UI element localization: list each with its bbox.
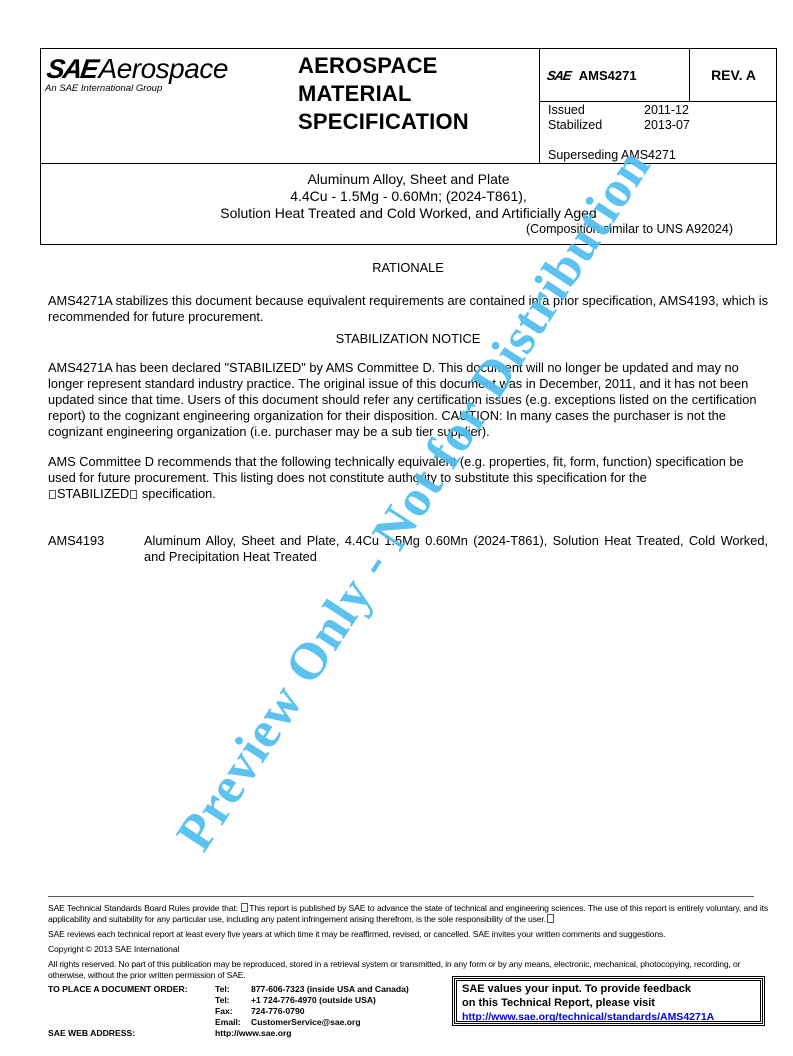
date-value: 2011-12 xyxy=(644,103,689,118)
recommendation-stabilized-word: STABILIZED xyxy=(57,486,129,501)
contact-row: Fax:724-776-0790 xyxy=(215,1006,409,1017)
logo-cell: SAE Aerospace An SAE International Group xyxy=(41,49,297,163)
board-rules-lead: SAE Technical Standards Board Rules prov… xyxy=(48,903,240,913)
doc-type-cell: AEROSPACE MATERIAL SPECIFICATION xyxy=(297,49,539,163)
missing-glyph-icon xyxy=(547,914,554,923)
doc-info-cell: SAE AMS4271 REV. A Issued 2011-12 Stabil… xyxy=(539,49,776,163)
sae-aerospace-logo: SAE Aerospace xyxy=(47,53,228,85)
document-header: SAE Aerospace An SAE International Group… xyxy=(40,48,777,245)
sae-mini-logo: SAE xyxy=(546,68,572,83)
revision-box: REV. A xyxy=(690,49,777,102)
doc-number: AMS4271 xyxy=(579,68,637,83)
doc-type-line: SPECIFICATION xyxy=(298,108,469,136)
recommendation-paragraph: AMS Committee D recommends that the foll… xyxy=(48,454,768,502)
date-label: Stabilized xyxy=(548,118,644,133)
contact-row: Email:CustomerService@sae.org xyxy=(215,1017,409,1028)
contact-label: Tel: xyxy=(215,995,251,1006)
feedback-box: SAE values your input. To provide feedba… xyxy=(452,976,765,1026)
web-address-link[interactable]: http://www.sae.org xyxy=(215,1028,292,1039)
missing-glyph-icon xyxy=(130,490,137,499)
reference-item: AMS4193 Aluminum Alloy, Sheet and Plate,… xyxy=(48,533,768,565)
reference-code: AMS4193 xyxy=(48,533,144,565)
dates-block: Issued 2011-12 Stabilized 2013-07 xyxy=(548,103,690,133)
contact-value: 877-606-7323 (inside USA and Canada) xyxy=(251,984,409,995)
logo-product: Aerospace xyxy=(99,53,228,85)
contact-value: 724-776-0790 xyxy=(251,1006,305,1017)
footer-divider xyxy=(48,896,754,897)
stabilization-heading: STABILIZATION NOTICE xyxy=(48,331,768,347)
contact-row: Tel:877-606-7323 (inside USA and Canada) xyxy=(215,984,409,995)
board-rules-text: SAE Technical Standards Board Rules prov… xyxy=(48,903,768,925)
contact-email[interactable]: CustomerService@sae.org xyxy=(251,1017,361,1028)
feedback-link[interactable]: http://www.sae.org/technical/standards/A… xyxy=(462,1011,714,1023)
feedback-line: on this Technical Report, please visit xyxy=(462,996,755,1010)
logo-tagline: An SAE International Group xyxy=(45,83,162,94)
document-body: RATIONALE AMS4271A stabilizes this docum… xyxy=(48,260,768,565)
date-label: Issued xyxy=(548,103,644,118)
logo-brand: SAE xyxy=(45,54,99,85)
date-row-stabilized: Stabilized 2013-07 xyxy=(548,118,690,133)
recommendation-text: AMS Committee D recommends that the foll… xyxy=(48,454,744,485)
header-top-row: SAE Aerospace An SAE International Group… xyxy=(41,49,776,164)
contact-value: +1 724-776-4970 (outside USA) xyxy=(251,995,376,1006)
missing-glyph-icon xyxy=(241,903,248,912)
contact-row: Tel:+1 724-776-4970 (outside USA) xyxy=(215,995,409,1006)
recommendation-tail: specification. xyxy=(138,486,216,501)
superseding-note: Superseding AMS4271 xyxy=(548,148,676,162)
contact-label: Email: xyxy=(215,1017,251,1028)
footer-legal: SAE Technical Standards Board Rules prov… xyxy=(48,903,768,985)
date-row-issued: Issued 2011-12 xyxy=(548,103,690,118)
subject-line: 4.4Cu - 1.5Mg - 0.60Mn; (2024-T861), xyxy=(41,188,776,205)
order-label: TO PLACE A DOCUMENT ORDER: xyxy=(48,984,188,995)
copyright-text: Copyright © 2013 SAE International xyxy=(48,944,768,955)
subject-line: Aluminum Alloy, Sheet and Plate xyxy=(41,171,776,188)
stabilization-paragraph: AMS4271A has been declared "STABILIZED" … xyxy=(48,360,768,440)
doc-type-line: AEROSPACE xyxy=(298,52,469,80)
subject-row: Aluminum Alloy, Sheet and Plate 4.4Cu - … xyxy=(41,164,776,244)
contact-label: Tel: xyxy=(215,984,251,995)
doc-type-title: AEROSPACE MATERIAL SPECIFICATION xyxy=(298,52,469,136)
document-subject: Aluminum Alloy, Sheet and Plate 4.4Cu - … xyxy=(41,171,776,222)
rationale-heading: RATIONALE xyxy=(48,260,768,276)
reference-description: Aluminum Alloy, Sheet and Plate, 4.4Cu 1… xyxy=(144,533,768,565)
subject-line: Solution Heat Treated and Cold Worked, a… xyxy=(41,205,776,222)
contact-label: Fax: xyxy=(215,1006,251,1017)
web-address-label: SAE WEB ADDRESS: xyxy=(48,1028,135,1039)
doc-number-box: SAE AMS4271 xyxy=(540,49,690,102)
rationale-paragraph: AMS4271A stabilizes this document becaus… xyxy=(48,293,768,325)
review-text: SAE reviews each technical report at lea… xyxy=(48,929,768,940)
feedback-line: SAE values your input. To provide feedba… xyxy=(462,982,755,996)
composition-note: (Composition similar to UNS A92024) xyxy=(526,222,733,236)
contact-list: Tel:877-606-7323 (inside USA and Canada)… xyxy=(215,984,409,1028)
date-value: 2013-07 xyxy=(644,118,690,133)
doc-type-line: MATERIAL xyxy=(298,80,469,108)
missing-glyph-icon xyxy=(49,490,56,499)
